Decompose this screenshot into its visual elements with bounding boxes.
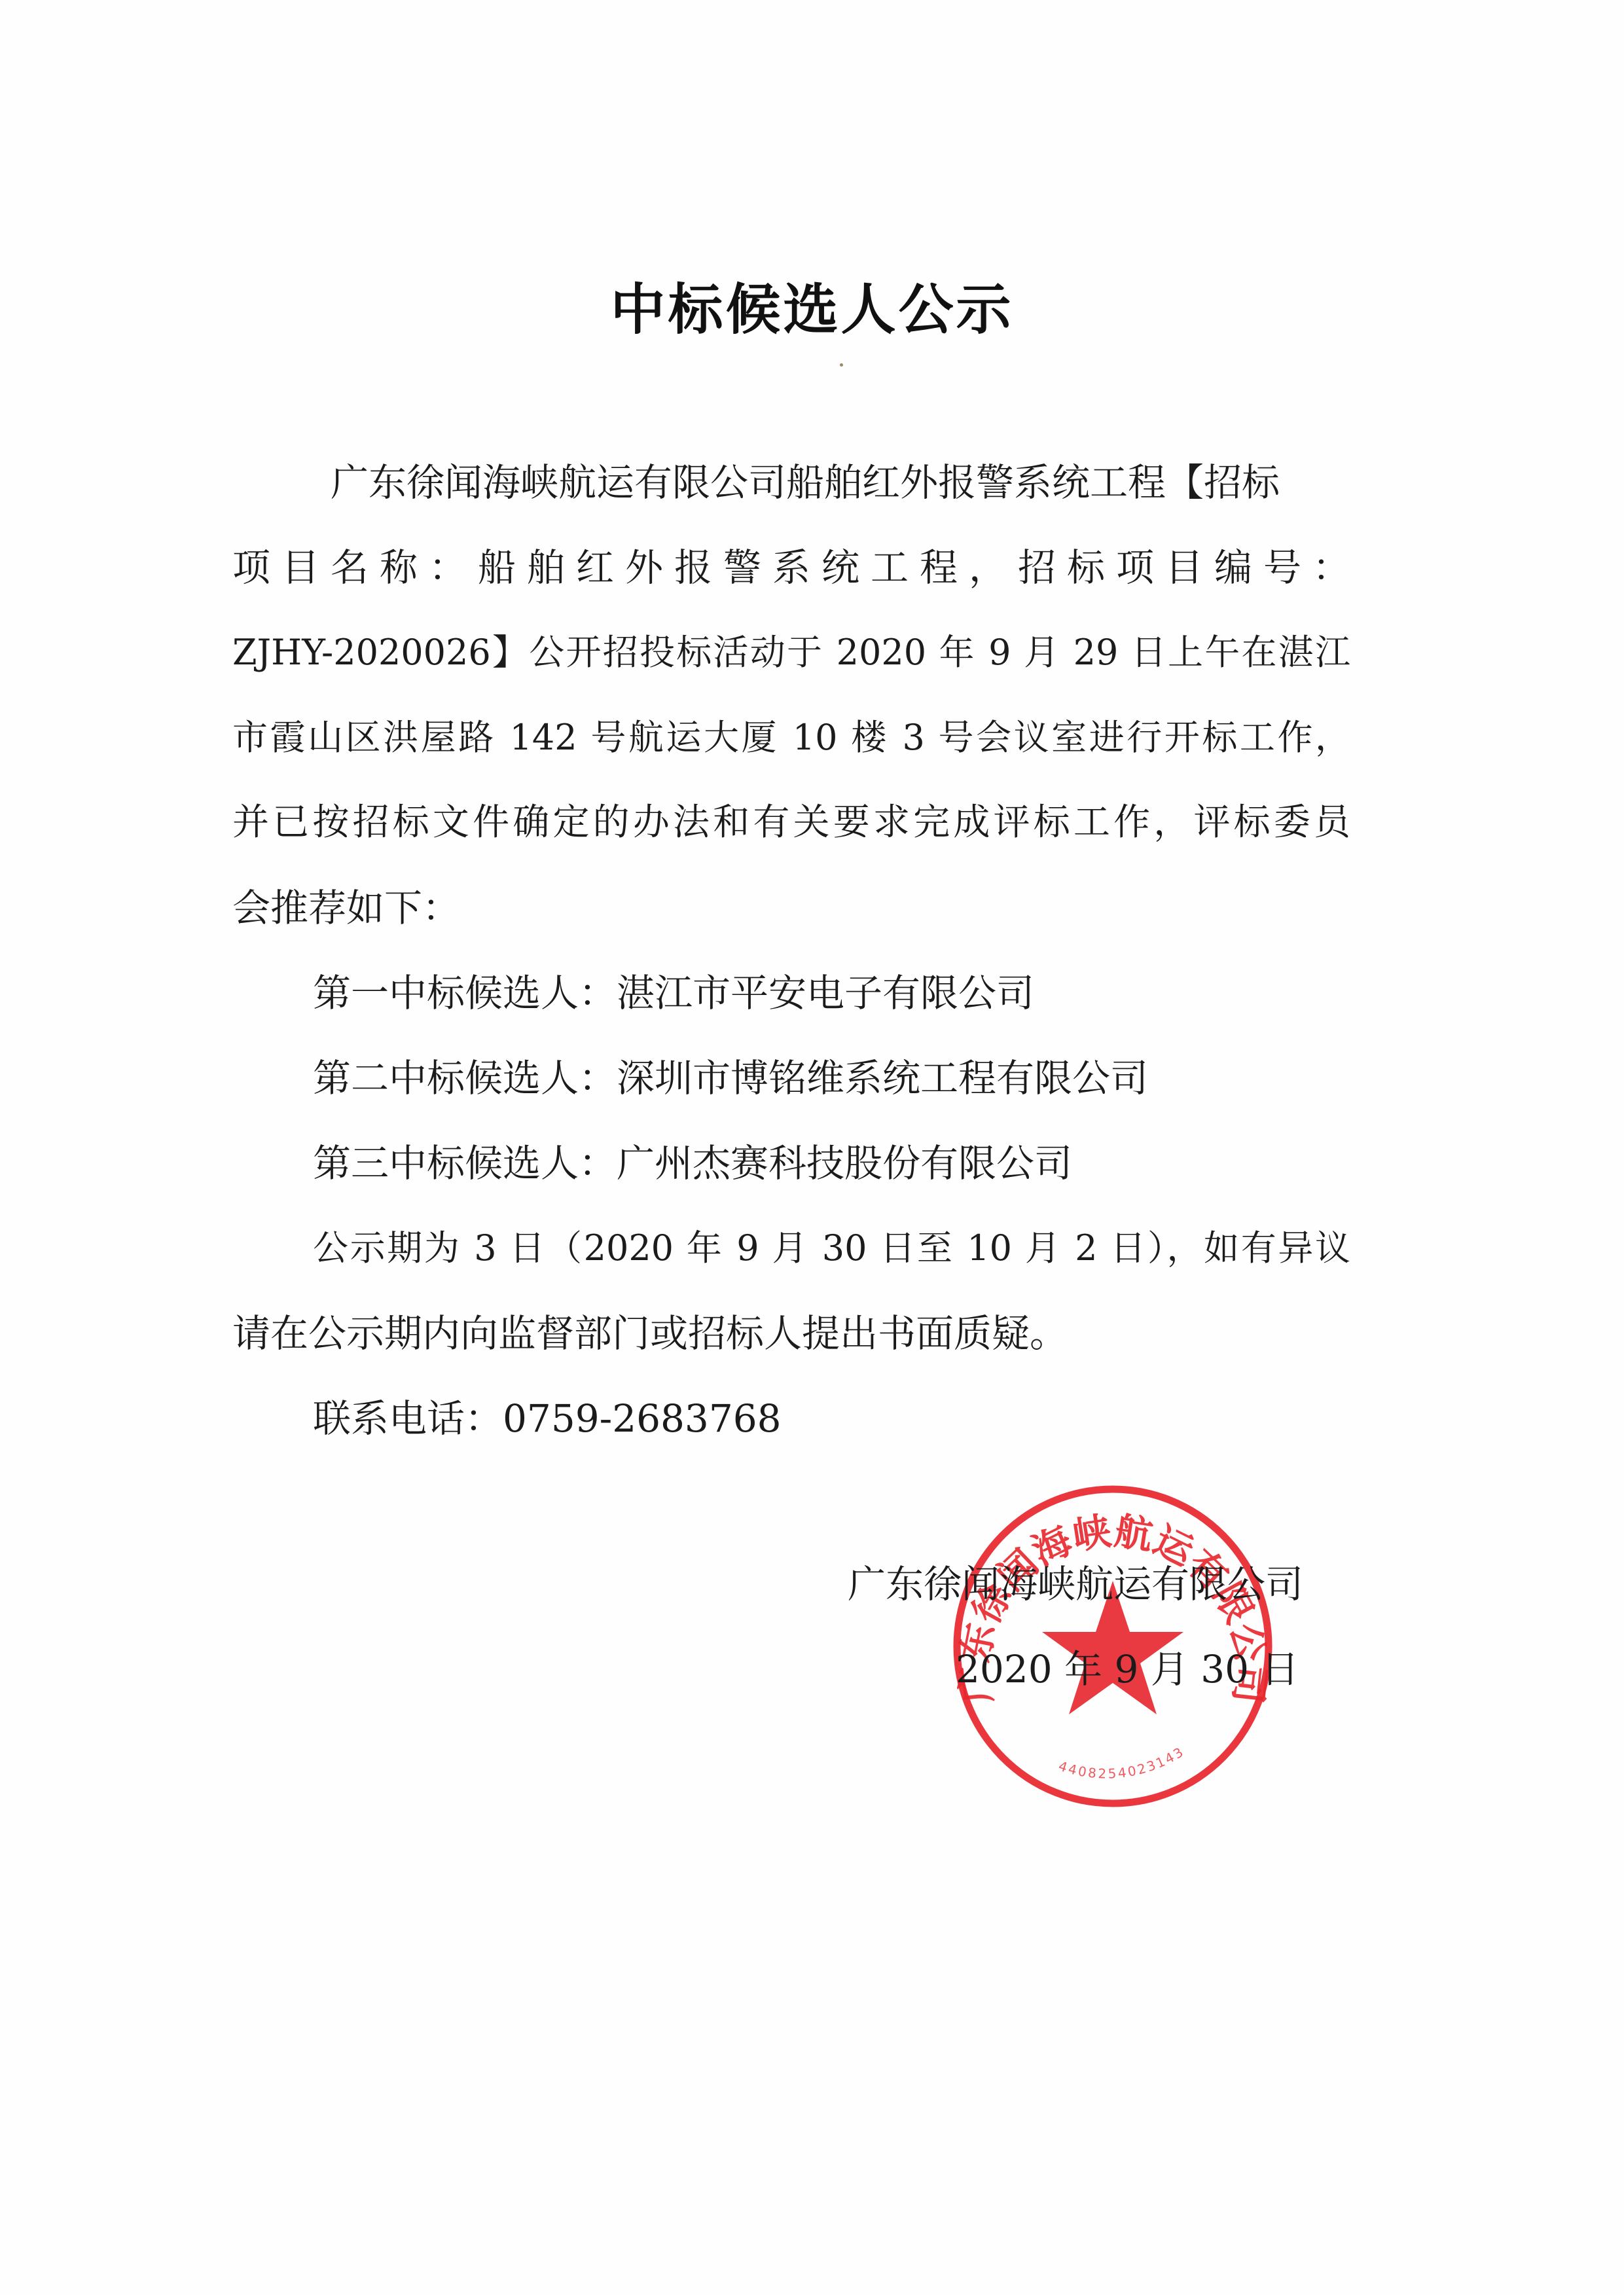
- contact-label: 联系电话：: [313, 1396, 503, 1441]
- scan-speck: [840, 363, 843, 367]
- candidate-3: 第三中标候选人：广州杰赛科技股份有限公司: [313, 1137, 1072, 1189]
- notice-line-1: 公示期为 3 日（2020 年 9 月 30 日至 10 月 2 日），如有异议: [313, 1222, 1350, 1274]
- candidate-3-name: 广州杰赛科技股份有限公司: [617, 1141, 1072, 1185]
- notice-line-2: 请在公示期内向监督部门或招标人提出书面质疑。: [232, 1307, 1068, 1360]
- candidate-1-name: 湛江市平安电子有限公司: [617, 971, 1034, 1015]
- contact-line: 联系电话：0759-2683768: [313, 1392, 782, 1445]
- signature-company: 广东徐闻海峡航运有限公司: [848, 1558, 1303, 1610]
- seal-code: 4408254023143: [1056, 1743, 1187, 1782]
- page-title: 中标候选人公示: [0, 274, 1624, 346]
- signature-date: 2020 年 9 月 30 日: [956, 1643, 1299, 1695]
- body-line-3: ZJHY-2020026】公开招投标活动于 2020 年 9 月 29 日上午在…: [232, 626, 1350, 679]
- body-line-5: 并已按招标文件确定的办法和有关要求完成评标工作，评标委员: [232, 797, 1350, 849]
- body-line-1: 广东徐闻海峡航运有限公司船舶红外报警系统工程【招标: [331, 456, 1352, 509]
- body-line-6: 会推荐如下：: [232, 882, 460, 934]
- candidate-2-name: 深圳市博铭维系统工程有限公司: [617, 1056, 1148, 1100]
- candidate-2-label: 第二中标候选人：: [313, 1056, 617, 1100]
- contact-phone: 0759-2683768: [503, 1396, 782, 1441]
- candidate-1-label: 第一中标候选人：: [313, 971, 617, 1015]
- document-page: 中标候选人公示 广东徐闻海峡航运有限公司船舶红外报警系统工程【招标 项目名称：船…: [0, 0, 1624, 2295]
- candidate-3-label: 第三中标候选人：: [313, 1141, 617, 1185]
- body-line-4: 市霞山区洪屋路 142 号航运大厦 10 楼 3 号会议室进行开标工作，: [232, 712, 1350, 764]
- candidate-2: 第二中标候选人：深圳市博铭维系统工程有限公司: [313, 1052, 1148, 1104]
- candidate-1: 第一中标候选人：湛江市平安电子有限公司: [313, 967, 1034, 1019]
- body-line-2: 项目名称：船舶红外报警系统工程，招标项目编号：: [232, 541, 1350, 594]
